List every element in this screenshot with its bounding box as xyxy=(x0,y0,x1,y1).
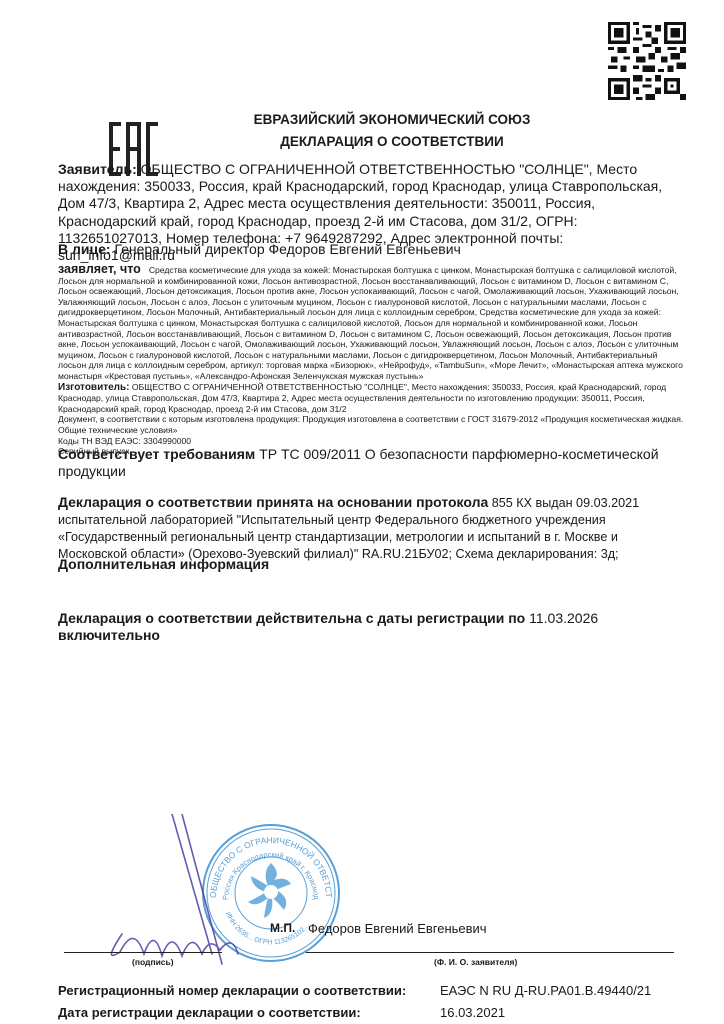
validity-date: 11.03.2026 xyxy=(525,610,598,626)
document-title: ДЕКЛАРАЦИЯ О СООТВЕТСТВИИ xyxy=(0,134,724,149)
union-heading: ЕВРАЗИЙСКИЙ ЭКОНОМИЧЕСКИЙ СОЮЗ xyxy=(0,112,724,127)
validity-section: Декларация о соответствии действительна … xyxy=(58,610,658,644)
product-list: Средства косметические для ухода за коже… xyxy=(58,265,683,381)
name-caption: (Ф. И. О. заявителя) xyxy=(434,957,517,967)
basis-section: Декларация о соответствии принята на осн… xyxy=(58,494,684,563)
registration-number-value: ЕАЭС N RU Д-RU.PA01.B.49440/21 xyxy=(440,983,651,998)
manufacturer-label: Изготовитель: xyxy=(58,382,130,393)
standard-document: Документ, в соответствии с которым изгот… xyxy=(58,414,683,435)
represented-by-text: Генеральный директор Федоров Евгений Евг… xyxy=(111,241,461,257)
handwritten-signature-icon xyxy=(62,814,272,974)
represented-by-section: В лице: Генеральный директор Федоров Евг… xyxy=(58,241,684,258)
customs-codes: Коды ТН ВЭД ЕАЭС: 3304990000 xyxy=(58,436,191,446)
applicant-label: Заявитель: xyxy=(58,161,137,177)
additional-info-section: Дополнительная информация xyxy=(58,556,684,573)
name-line xyxy=(306,952,674,953)
qr-code-icon xyxy=(608,22,686,100)
manufacturer-text: ОБЩЕСТВО С ОГРАНИЧЕННОЙ ОТВЕТСТВЕННОСТЬЮ… xyxy=(58,382,666,414)
declares-label: заявляет, что xyxy=(58,262,141,276)
basis-label: Декларация о соответствии принята на осн… xyxy=(58,494,488,510)
complies-label: Соответствует требованиям xyxy=(58,446,255,462)
additional-info-label: Дополнительная информация xyxy=(58,556,269,572)
registration-date-value: 16.03.2021 xyxy=(440,1005,505,1020)
signature-caption: (подпись) xyxy=(132,957,174,967)
signatory-name: Федоров Евгений Евгеньевич xyxy=(308,921,487,936)
represented-by-label: В лице: xyxy=(58,241,111,257)
declaration-body: заявляет, чтоСредства косметические для … xyxy=(58,264,684,457)
complies-section: Соответствует требованиям ТР ТС 009/2011… xyxy=(58,446,684,480)
validity-label: Декларация о соответствии действительна … xyxy=(58,610,525,626)
registration-date-label: Дата регистрации декларации о соответств… xyxy=(58,1005,361,1020)
validity-suffix: включительно xyxy=(58,627,160,643)
stamp-place-label: М.П. xyxy=(270,921,295,935)
signature-line xyxy=(64,952,222,953)
registration-number-label: Регистрационный номер декларации о соотв… xyxy=(58,983,406,998)
